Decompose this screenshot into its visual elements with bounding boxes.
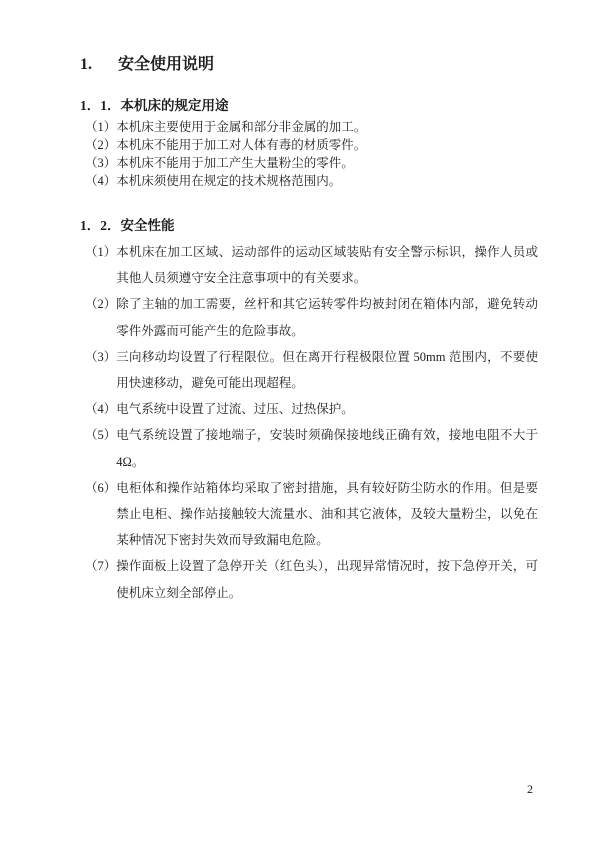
item-text: 电气系统设置了接地端子，安装时须确保接地线正确有效，接地电阻不大于 4Ω。 [116,422,538,474]
section-1-2-items: （1） 本机床在加工区域、运动部件的运动区域装贴有安全警示标识，操作人员或其他人… [80,239,538,606]
section-heading-1-1: 1．1．本机床的规定用途 [80,97,538,115]
document-page: 1. 安全使用说明 1．1．本机床的规定用途 （1） 本机床主要使用于金属和部分… [0,0,600,848]
item-text: 操作面板上设置了急停开关（红色头），出现异常情况时，按下急停开关，可使机床立刻全… [116,553,538,605]
section-heading-1-2: 1．2．安全性能 [80,217,538,235]
list-item: （5） 电气系统设置了接地端子，安装时须确保接地线正确有效，接地电阻不大于 4Ω… [80,422,538,474]
item-marker: （2） [85,291,116,343]
chapter-number: 1. [80,55,118,75]
item-text: 电气系统中设置了过流、过压、过热保护。 [116,396,538,422]
list-item: （3） 三向移动均设置了行程限位。但在离开行程极限位置 50mm 范围内，不要使… [80,344,538,396]
list-item: （2） 本机床不能用于加工对人体有毒的材质零件。 [80,136,538,154]
chapter-title-text: 安全使用说明 [118,55,214,75]
item-marker: （2） [85,136,116,154]
list-item: （3） 本机床不能用于加工产生大量粉尘的零件。 [80,154,538,172]
section-1-1-items: （1） 本机床主要使用于金属和部分非金属的加工。 （2） 本机床不能用于加工对人… [80,118,538,190]
list-item: （7） 操作面板上设置了急停开关（红色头），出现异常情况时，按下急停开关，可使机… [80,553,538,605]
item-text: 电柜体和操作站箱体均采取了密封措施，具有较好防尘防水的作用。但是要禁止电柜、操作… [116,475,538,554]
item-marker: （4） [85,396,116,422]
item-marker: （3） [85,154,116,172]
list-item: （1） 本机床主要使用于金属和部分非金属的加工。 [80,118,538,136]
list-item: （4） 电气系统中设置了过流、过压、过热保护。 [80,396,538,422]
page-number: 2 [527,782,533,796]
item-marker: （4） [85,172,116,190]
item-marker: （1） [85,239,116,291]
item-marker: （5） [85,422,116,474]
item-marker: （7） [85,553,116,605]
chapter-title: 1. 安全使用说明 [80,55,538,75]
item-text: 除了主轴的加工需要，丝杆和其它运转零件均被封闭在箱体内部，避免转动零件外露而可能… [116,291,538,343]
item-marker: （3） [85,344,116,396]
list-item: （2） 除了主轴的加工需要，丝杆和其它运转零件均被封闭在箱体内部，避免转动零件外… [80,291,538,343]
item-text: 三向移动均设置了行程限位。但在离开行程极限位置 50mm 范围内，不要使用快速移… [116,344,538,396]
item-text: 本机床在加工区域、运动部件的运动区域装贴有安全警示标识，操作人员或其他人员须遵守… [116,239,538,291]
item-marker: （1） [85,118,116,136]
item-text: 本机床须使用在规定的技术规格范围内。 [116,172,538,190]
item-text: 本机床不能用于加工产生大量粉尘的零件。 [116,154,538,172]
list-item: （6） 电柜体和操作站箱体均采取了密封措施，具有较好防尘防水的作用。但是要禁止电… [80,475,538,554]
item-text: 本机床主要使用于金属和部分非金属的加工。 [116,118,538,136]
item-marker: （6） [85,475,116,554]
list-item: （4） 本机床须使用在规定的技术规格范围内。 [80,172,538,190]
list-item: （1） 本机床在加工区域、运动部件的运动区域装贴有安全警示标识，操作人员或其他人… [80,239,538,291]
item-text: 本机床不能用于加工对人体有毒的材质零件。 [116,136,538,154]
page-content: 1. 安全使用说明 1．1．本机床的规定用途 （1） 本机床主要使用于金属和部分… [80,55,538,606]
